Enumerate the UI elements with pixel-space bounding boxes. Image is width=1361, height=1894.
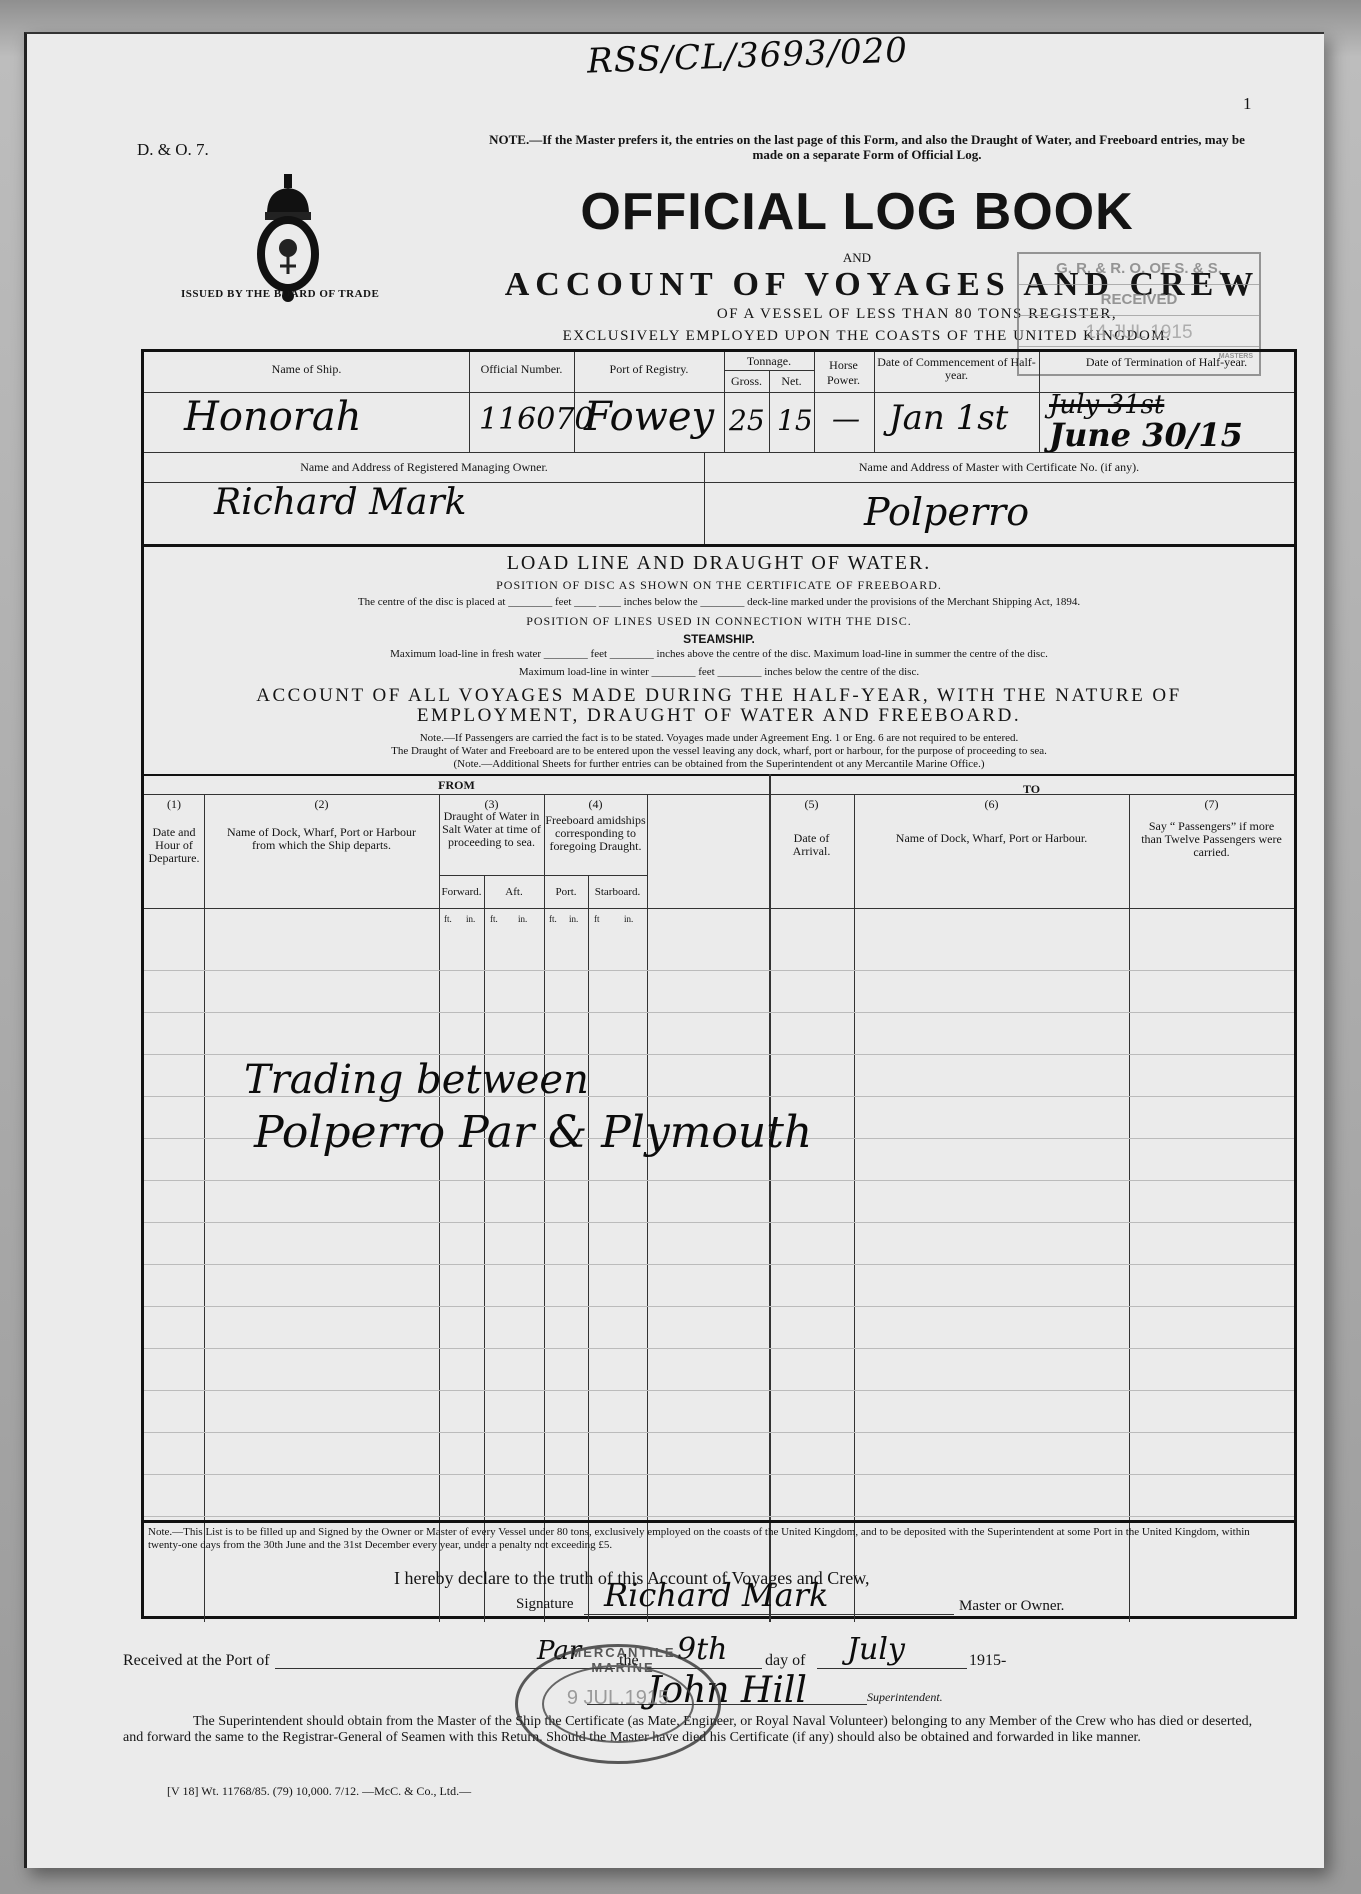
ship-name-value: Honorah <box>184 394 362 440</box>
col6-number: (6) <box>854 798 1129 811</box>
load-line-title: LOAD LINE AND DRAUGHT OF WATER. <box>144 552 1294 575</box>
fresh-water-line: Maximum load-line in fresh water _______… <box>144 648 1294 660</box>
unit-in: in. <box>466 914 475 924</box>
account-note-1: Note.—If Passengers are carried the fact… <box>144 732 1294 745</box>
col4-number: (4) <box>544 798 647 811</box>
header-official-number: Official Number. <box>469 362 574 377</box>
col7-number: (7) <box>1129 798 1294 811</box>
col2-number: (2) <box>204 798 439 811</box>
page-title: OFFICIAL LOG BOOK <box>407 182 1307 242</box>
header-gross: Gross. <box>724 374 769 389</box>
header-name-of-ship: Name of Ship. <box>144 362 469 377</box>
col2-label: Name of Dock, Wharf, Port or Harbour fro… <box>224 826 419 852</box>
official-number-value: 116070 <box>479 402 594 437</box>
account-title-line1: ACCOUNT OF ALL VOYAGES MADE DURING THE H… <box>144 686 1294 706</box>
account-note-2: The Draught of Water and Freeboard are t… <box>144 745 1294 758</box>
page-number: 1 <box>1243 94 1252 114</box>
top-note: NOTE.—If the Master prefers it, the entr… <box>477 132 1257 162</box>
subcol-starboard: Starboard. <box>588 886 647 899</box>
header-commencement: Date of Commencement of Half-year. <box>874 356 1039 382</box>
owner-value: Richard Mark <box>214 482 466 523</box>
header-net: Net. <box>769 374 814 389</box>
received-port-label: Received at the Port of <box>123 1652 270 1670</box>
royal-crest-icon <box>253 174 323 304</box>
termination-value: June 30/15 <box>1049 416 1243 454</box>
stamp-office: G. R. & R. O. OF S. & S. <box>1019 254 1259 285</box>
net-tonnage-value: 15 <box>777 404 813 437</box>
lines-position-title: POSITION OF LINES USED IN CONNECTION WIT… <box>144 614 1294 629</box>
col7-label: Say “ Passengers” if more than Twelve Pa… <box>1139 820 1284 859</box>
header-port-of-registry: Port of Registry. <box>574 362 724 377</box>
unit-ft: ft. <box>444 914 452 924</box>
header-termination: Date of Termination of Half-year. <box>1039 356 1294 369</box>
col5-number: (5) <box>769 798 854 811</box>
stamp-received: RECEIVED <box>1019 285 1259 316</box>
header-owner: Name and Address of Registered Managing … <box>144 460 704 475</box>
account-title-line2: EMPLOYMENT, DRAUGHT OF WATER AND FREEBOA… <box>144 706 1294 726</box>
horse-power-value: — <box>832 402 860 435</box>
master-value: Polperro <box>864 490 1029 534</box>
master-or-owner-label: Master or Owner. <box>959 1598 1064 1615</box>
header-master: Name and Address of Master with Certific… <box>704 460 1294 475</box>
superintendent-label: Superintendent. <box>867 1690 943 1705</box>
steamship-label: STEAMSHIP. <box>144 632 1294 646</box>
received-month-value: July <box>847 1632 905 1667</box>
col1-number: (1) <box>144 798 204 811</box>
form-frame: Name of Ship. Official Number. Port of R… <box>141 349 1297 1619</box>
header-horse-power: Horse Power. <box>816 358 871 388</box>
col5-label: Date of Arrival. <box>774 832 849 858</box>
gross-tonnage-value: 25 <box>729 404 765 437</box>
account-note-3: (Note.—Additional Sheets for further ent… <box>144 758 1294 771</box>
disc-position-text: The centre of the disc is placed at ____… <box>144 596 1294 608</box>
archive-reference: RSS/CL/3693/020 <box>586 30 908 81</box>
owner-signature: Richard Mark <box>604 1576 828 1614</box>
issued-by: ISSUED BY THE BOARD OF TRADE <box>181 288 379 300</box>
unit-ft: ft. <box>549 914 557 924</box>
mm-stamp-date: 9 JUL.1915 <box>558 1687 678 1710</box>
day-of-label: day of <box>765 1652 805 1670</box>
print-code: [V 18] Wt. 11768/85. (79) 10,000. 7/12. … <box>167 1784 471 1799</box>
voyage-entry-line2: Polperro Par & Plymouth <box>254 1107 812 1158</box>
from-label: FROM <box>144 778 769 793</box>
unit-ft: ft <box>594 914 600 924</box>
header-tonnage: Tonnage. <box>724 354 814 369</box>
mercantile-marine-stamp: MERCANTILE MARINE 9 JUL.1915 <box>515 1644 721 1764</box>
subcol-aft: Aft. <box>484 886 544 899</box>
footer-note: Note.—This List is to be filled up and S… <box>146 1526 1286 1552</box>
col3-label: Draught of Water in Salt Water at time o… <box>441 810 542 849</box>
subcol-forward: Forward. <box>439 886 484 899</box>
subcol-port: Port. <box>544 886 588 899</box>
winter-line: Maximum load-line in winter ________ fee… <box>144 666 1294 678</box>
document-page: RSS/CL/3693/020 1 D. & O. 7. ISSUED BY T… <box>24 32 1324 1868</box>
voyage-entry-line1: Trading between <box>244 1057 589 1103</box>
received-year: 1915- <box>969 1652 1006 1670</box>
col1-label: Date and Hour of Departure. <box>146 826 202 865</box>
col4-label: Freeboard amidships corresponding to for… <box>544 814 647 853</box>
col6-label: Name of Dock, Wharf, Port or Harbour. <box>884 832 1099 845</box>
unit-in: in. <box>624 914 633 924</box>
form-code: D. & O. 7. <box>137 140 209 160</box>
unit-in: in. <box>518 914 527 924</box>
port-of-registry-value: Fowey <box>584 394 714 440</box>
stamp-date: 14 JUL 1915 <box>1019 316 1259 347</box>
disc-position-title: POSITION OF DISC AS SHOWN ON THE CERTIFI… <box>144 578 1294 593</box>
unit-ft: ft. <box>490 914 498 924</box>
commencement-value: Jan 1st <box>889 398 1008 438</box>
unit-in: in. <box>569 914 578 924</box>
signature-label: Signature <box>516 1596 574 1613</box>
